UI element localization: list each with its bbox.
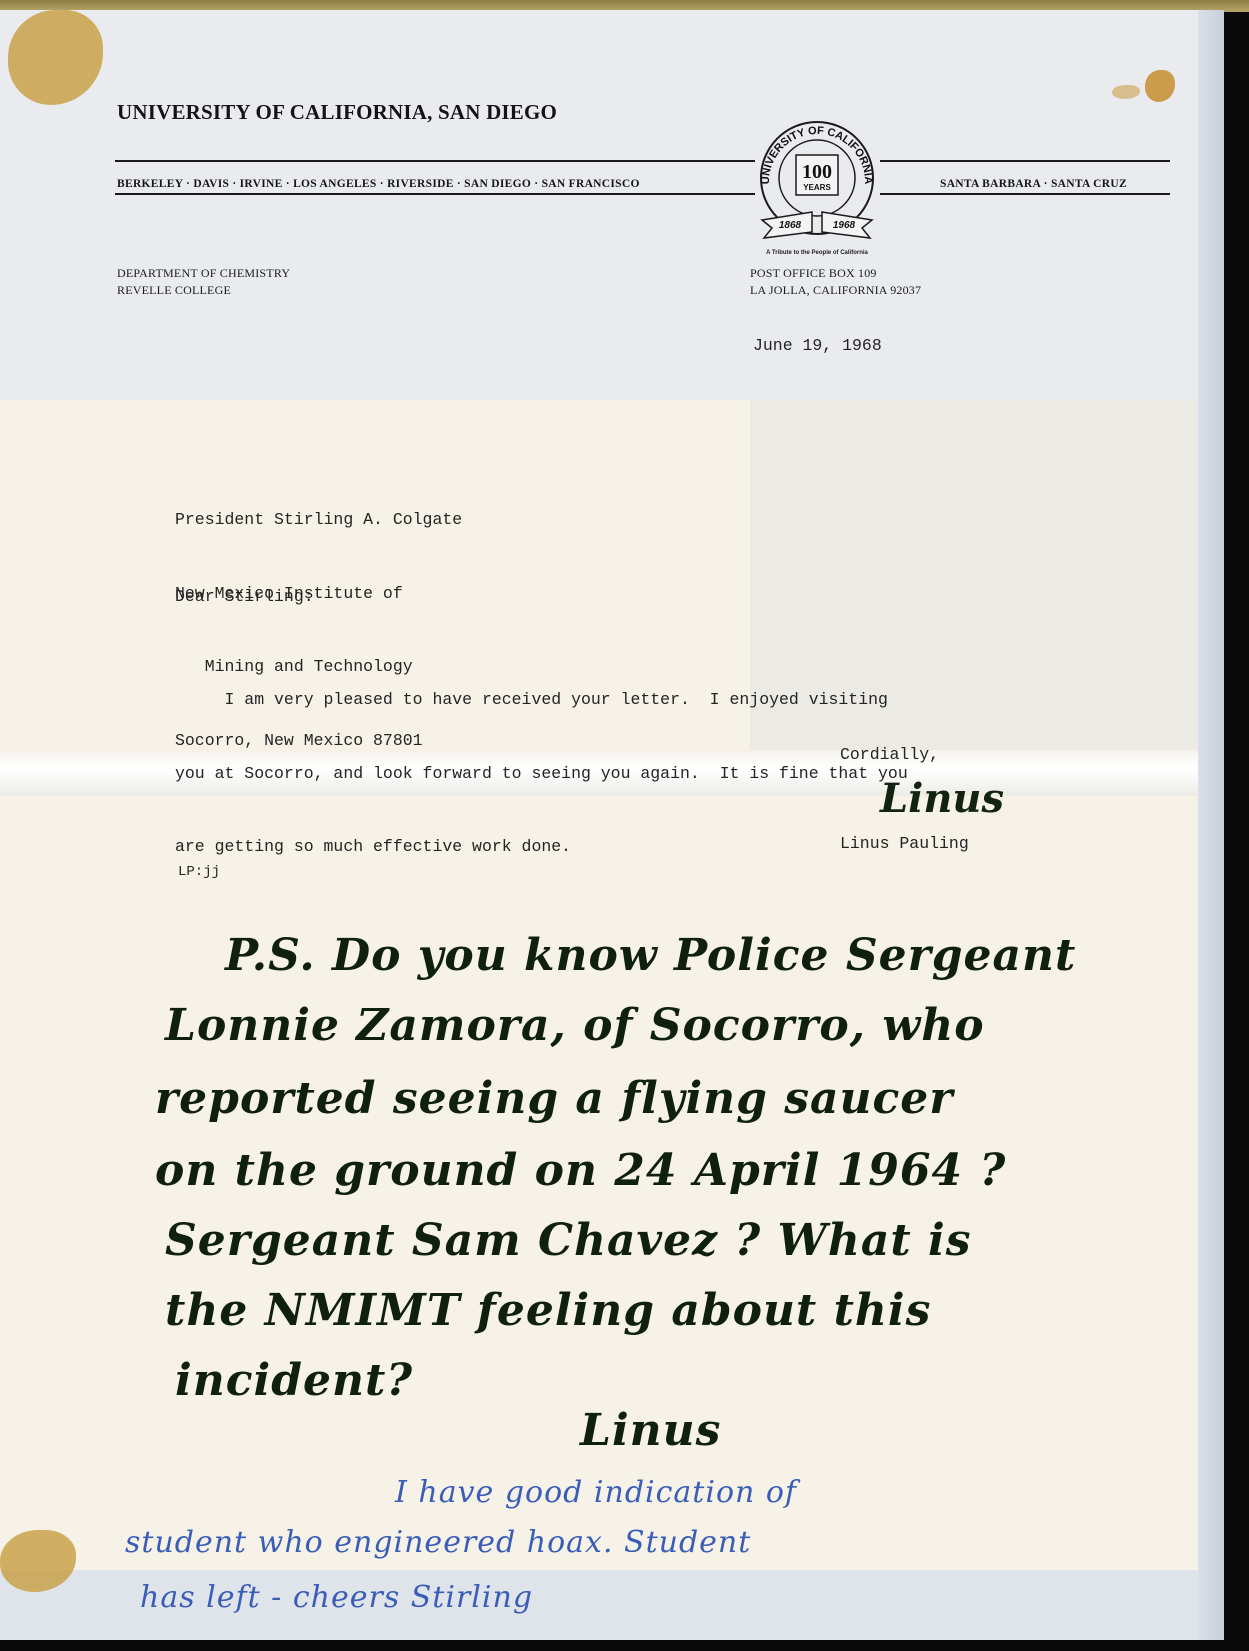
institution-name: UNIVERSITY OF CALIFORNIA, SAN DIEGO [117, 100, 557, 125]
letterhead-rule-top-left [115, 160, 755, 162]
paper-tint-top [0, 10, 1224, 400]
letterhead-rule-top-right [880, 160, 1170, 162]
svg-text:100: 100 [802, 161, 832, 183]
postscript-line: P.S. Do you know Police Sergeant [225, 930, 1076, 981]
svg-text:YEARS: YEARS [803, 183, 831, 192]
svg-text:1968: 1968 [833, 220, 856, 231]
address-line-2: LA JOLLA, CALIFORNIA 92037 [750, 282, 921, 299]
body-line: I am very pleased to have received your … [175, 688, 908, 713]
campus-list-right: SANTA BARBARA · SANTA CRUZ [940, 178, 1127, 190]
svg-text:1868: 1868 [779, 220, 802, 231]
centennial-seal-icon: UNIVERSITY OF CALIFORNIA 100 YEARS 1868 … [752, 120, 882, 260]
reply-line: student who engineered hoax. Student [125, 1525, 751, 1560]
torn-right-edge [1198, 10, 1224, 1640]
department-block: DEPARTMENT OF CHEMISTRY REVELLE COLLEGE [117, 265, 290, 299]
letterhead-rule-bottom-right [880, 193, 1170, 195]
address-line-1: POST OFFICE BOX 109 [750, 265, 921, 282]
letter-date: June 19, 1968 [753, 334, 882, 359]
seal-tribute-text: A Tribute to the People of California [752, 250, 882, 256]
closing: Cordially, [840, 743, 939, 768]
recipient-line: President Stirling A. Colgate [175, 508, 462, 533]
postscript-line: Lonnie Zamora, of Socorro, who [165, 1000, 985, 1051]
reply-line: I have good indication of [395, 1475, 797, 1510]
typist-initials: LP:jj [178, 860, 220, 885]
signer-name: Linus Pauling [840, 832, 969, 857]
postscript-line: incident? [175, 1355, 413, 1406]
postscript-line: the NMIMT feeling about this [165, 1285, 931, 1336]
body-line: you at Socorro, and look forward to seei… [175, 762, 908, 787]
college-name: REVELLE COLLEGE [117, 282, 290, 299]
postscript-line: on the ground on 24 April 1964 ? [155, 1145, 1006, 1196]
salutation: Dear Stirling: [175, 585, 314, 610]
signature: Linus [880, 775, 1004, 822]
body-line: are getting so much effective work done. [175, 835, 908, 860]
letterhead-rule-bottom-left [115, 193, 755, 195]
letter-page: UNIVERSITY OF CALIFORNIA, SAN DIEGO BERK… [0, 10, 1224, 1640]
postscript-signature: Linus [580, 1405, 721, 1456]
reply-line: has left - cheers Stirling [140, 1580, 533, 1615]
department-name: DEPARTMENT OF CHEMISTRY [117, 265, 290, 282]
campus-list-left: BERKELEY · DAVIS · IRVINE · LOS ANGELES … [117, 178, 640, 190]
postscript-line: reported seeing a flying saucer [155, 1073, 954, 1124]
address-block: POST OFFICE BOX 109 LA JOLLA, CALIFORNIA… [750, 265, 921, 299]
letter-body: I am very pleased to have received your … [175, 639, 908, 909]
postscript-line: Sergeant Sam Chavez ? What is [165, 1215, 972, 1266]
